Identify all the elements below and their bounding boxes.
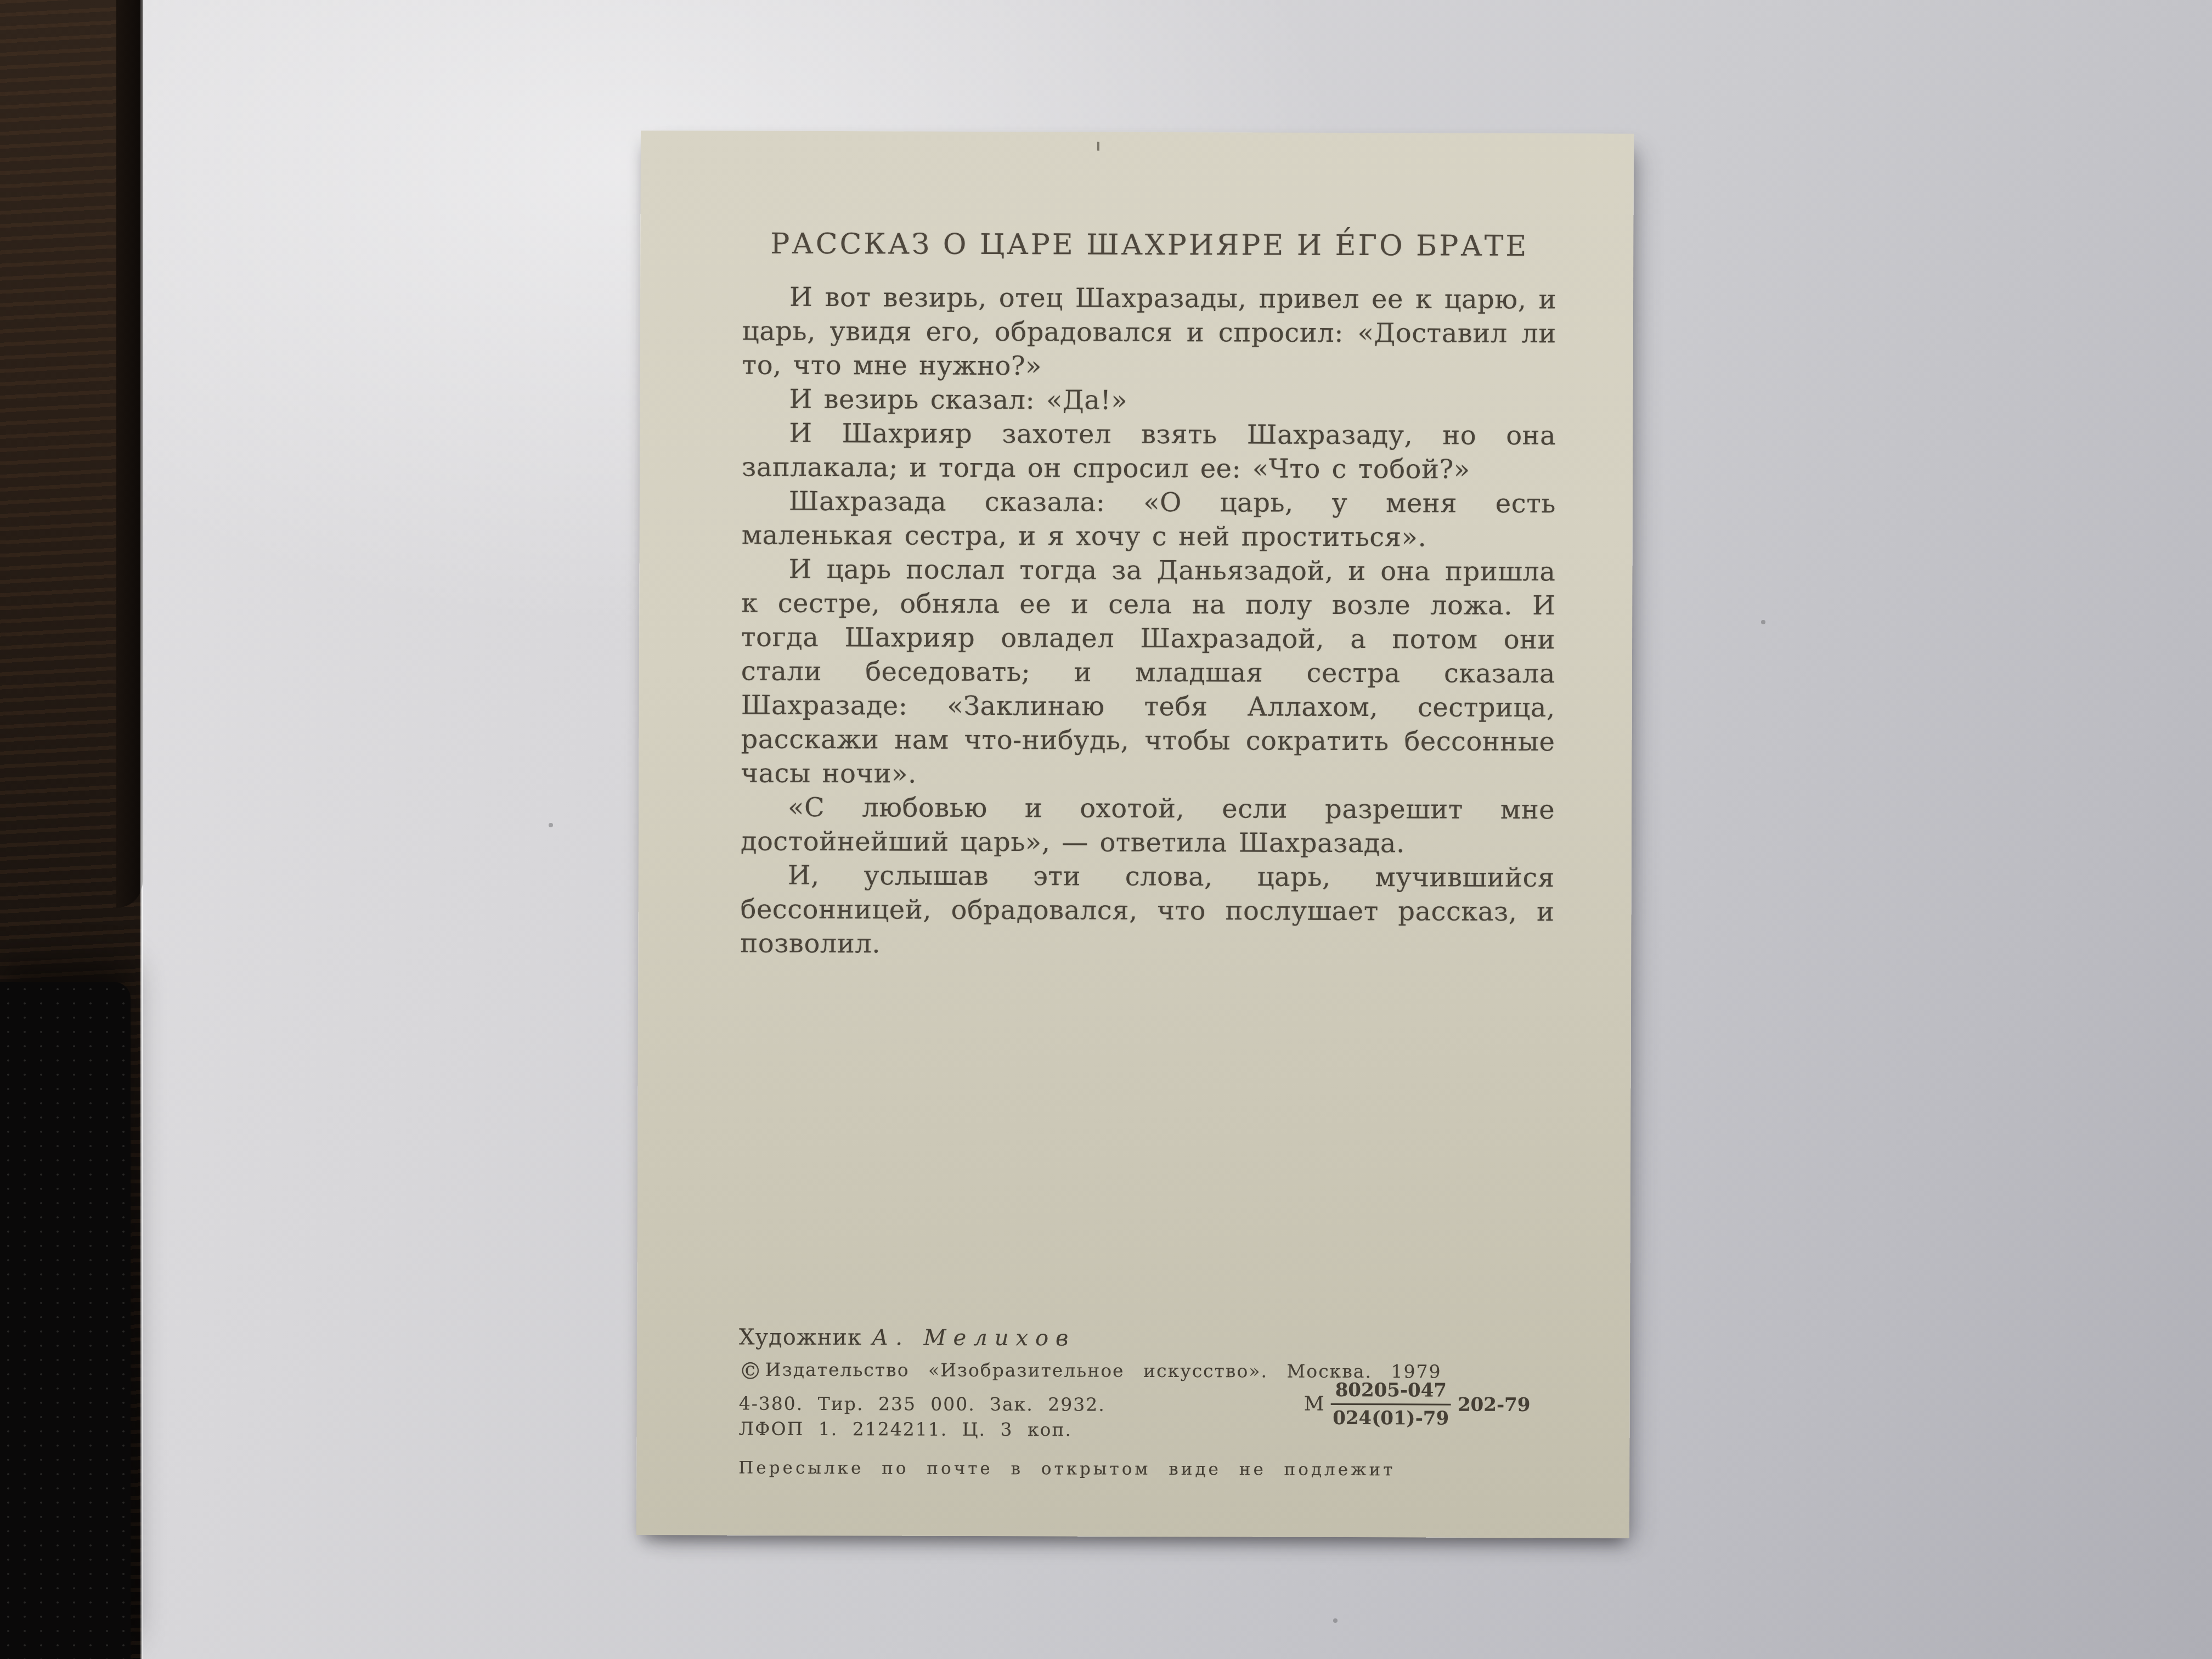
paper-sheet-edge (140, 0, 143, 1659)
paragraph: И царь послал тогда за Даньязадой, и она… (741, 552, 1555, 793)
artist-line: ХудожникА. Мелихов (739, 1325, 1553, 1353)
catalog-index: М 80205-047 024(01)-79 202-79 (1304, 1379, 1531, 1430)
index-numerator: 80205-047 (1331, 1379, 1452, 1406)
postcard-title: РАССКАЗ О ЦАРЕ ШАХРИЯРЕ И Е́ГО БРАТЕ (742, 228, 1556, 263)
artist-name: А. Мелихов (872, 1325, 1076, 1351)
index-denominator: 024(01)-79 (1330, 1405, 1451, 1430)
dust-speck (1761, 620, 1765, 624)
paragraph: Шахразада сказала: «О царь, у меня есть … (742, 484, 1556, 555)
dust-speck (549, 823, 553, 827)
paragraph: И везирь сказал: «Да!» (742, 382, 1556, 419)
postal-notice: Пересылке по почте в открытом виде не по… (738, 1458, 1553, 1481)
copyright-icon: © (739, 1358, 762, 1385)
paragraph: «С любовью и охотой, если разрешит мне д… (741, 791, 1555, 861)
paragraph: И вот везирь, отец Шахразады, привел ее … (742, 280, 1557, 385)
paragraph: И Шахрияр захотел взять Шахразаду, но он… (742, 416, 1556, 487)
index-fraction: 80205-047 024(01)-79 (1330, 1379, 1451, 1430)
postcard: РАССКАЗ О ЦАРЕ ШАХРИЯРЕ И Е́ГО БРАТЕ И в… (636, 131, 1634, 1538)
dust-speck (1333, 1618, 1338, 1623)
imprint-block: ХудожникА. Мелихов ©Издательство «Изобра… (738, 1325, 1553, 1481)
ink-speck (1097, 142, 1099, 151)
artist-label: Художник (739, 1325, 862, 1351)
postcard-text: И вот везирь, отец Шахразады, привел ее … (740, 280, 1556, 963)
paragraph: И, услышав эти слова, царь, мучившийся б… (740, 859, 1555, 963)
dark-fabric-object (0, 982, 131, 1659)
index-suffix: 202-79 (1458, 1393, 1531, 1415)
desk-edge-shadow (116, 0, 143, 908)
index-prefix: М (1304, 1393, 1324, 1415)
